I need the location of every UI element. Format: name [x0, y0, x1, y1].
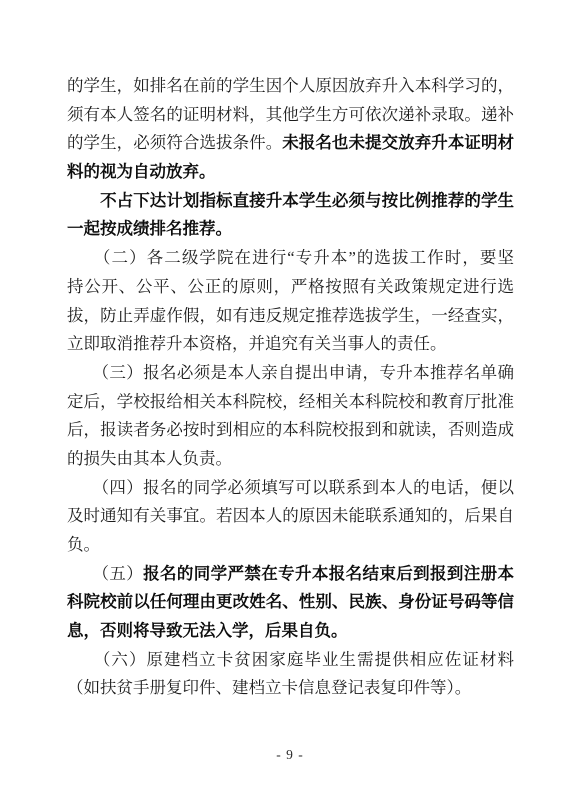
text-run: 须有本人签名的证明材料，其他学生方可依次递补录取。递补	[67, 105, 514, 124]
text-line: 负。	[67, 531, 514, 560]
bold-text-run: 不占下达计划指标直接升本学生必须与按比例推荐的学生	[100, 191, 514, 210]
bold-text-run: 一起按成绩排名推荐。	[67, 219, 232, 238]
text-line: 科院校前以任何理由更改姓名、性别、民族、身份证号码等信	[67, 588, 514, 617]
text-line: 持公开、公平、公正的原则，严格按照有关政策规定进行选	[67, 273, 514, 302]
text-run	[67, 191, 100, 210]
text-line: 不占下达计划指标直接升本学生必须与按比例推荐的学生	[67, 187, 514, 216]
text-run: 立即取消推荐升本资格，并追究有关当事人的责任。	[67, 334, 447, 353]
text-run: 定后，学校报给相关本科院校，经相关本科院校和教育厅批准	[67, 392, 514, 411]
document-page: 的学生，如排名在前的学生因个人原因放弃升入本科学习的，须有本人签名的证明材料，其…	[0, 0, 580, 803]
text-line: 立即取消推荐升本资格，并追究有关当事人的责任。	[67, 330, 514, 359]
text-line: 息，否则将导致无法入学，后果自负。	[67, 617, 514, 646]
text-line: 拔，防止弄虚作假，如有违反规定推荐选拔学生，一经查实，	[67, 302, 514, 331]
text-line: 及时通知有关事宜。若因本人的原因未能联系通知的，后果自	[67, 502, 514, 531]
text-line: 料的视为自动放弃。	[67, 158, 514, 187]
text-run: 后，报读者务必按时到相应的本科院校报到和就读，否则造成	[67, 420, 514, 439]
text-run: （二）各二级学院在进行“专升本”的选拔工作时，要坚	[67, 248, 514, 267]
text-run: 的学生，如排名在前的学生因个人原因放弃升入本科学习的，	[67, 76, 514, 95]
text-line: 定后，学校报给相关本科院校，经相关本科院校和教育厅批准	[67, 388, 514, 417]
bold-text-run: 报名的同学严禁在专升本报名结束后到报到注册本	[143, 564, 514, 583]
text-line: 须有本人签名的证明材料，其他学生方可依次递补录取。递补	[67, 101, 514, 130]
text-line: （二）各二级学院在进行“专升本”的选拔工作时，要坚	[67, 244, 514, 273]
text-line: 的学生，如排名在前的学生因个人原因放弃升入本科学习的，	[67, 72, 514, 101]
text-line: （四）报名的同学必须填写可以联系到本人的电话，便以	[67, 474, 514, 503]
text-line: （如扶贫手册复印件、建档立卡信息登记表复印件等）。	[67, 674, 514, 703]
text-run: 负。	[67, 535, 100, 554]
text-line: 的学生，必须符合选拔条件。未报名也未提交放弃升本证明材	[67, 129, 514, 158]
text-run: （六）原建档立卡贫困家庭毕业生需提供相应佐证材料	[67, 650, 514, 669]
text-line: 一起按成绩排名推荐。	[67, 215, 514, 244]
page-number: - 9 -	[0, 745, 580, 765]
text-line: （五）报名的同学严禁在专升本报名结束后到报到注册本	[67, 560, 514, 589]
text-run: （如扶贫手册复印件、建档立卡信息登记表复印件等）。	[67, 678, 471, 697]
text-run: （五）	[67, 564, 143, 583]
text-line: （三）报名必须是本人亲自提出申请，专升本推荐名单确	[67, 359, 514, 388]
text-run: （三）报名必须是本人亲自提出申请，专升本推荐名单确	[67, 363, 514, 382]
text-line: （六）原建档立卡贫困家庭毕业生需提供相应佐证材料	[67, 646, 514, 675]
bold-text-run: 未报名也未提交放弃升本证明材	[282, 133, 514, 152]
text-line: 的损失由其本人负责。	[67, 445, 514, 474]
text-run: 持公开、公平、公正的原则，严格按照有关政策规定进行选	[67, 277, 514, 296]
text-run: 的损失由其本人负责。	[67, 449, 232, 468]
text-run: 的学生，必须符合选拔条件。	[67, 133, 282, 152]
bold-text-run: 科院校前以任何理由更改姓名、性别、民族、身份证号码等信	[67, 592, 514, 611]
bold-text-run: 息，否则将导致无法入学，后果自负。	[67, 621, 348, 640]
text-run: （四）报名的同学必须填写可以联系到本人的电话，便以	[67, 478, 514, 497]
document-text: 的学生，如排名在前的学生因个人原因放弃升入本科学习的，须有本人签名的证明材料，其…	[67, 72, 514, 703]
bold-text-run: 料的视为自动放弃。	[67, 162, 216, 181]
text-run: 拔，防止弄虚作假，如有违反规定推荐选拔学生，一经查实，	[67, 306, 514, 325]
text-run: 及时通知有关事宜。若因本人的原因未能联系通知的，后果自	[67, 506, 514, 525]
text-line: 后，报读者务必按时到相应的本科院校报到和就读，否则造成	[67, 416, 514, 445]
